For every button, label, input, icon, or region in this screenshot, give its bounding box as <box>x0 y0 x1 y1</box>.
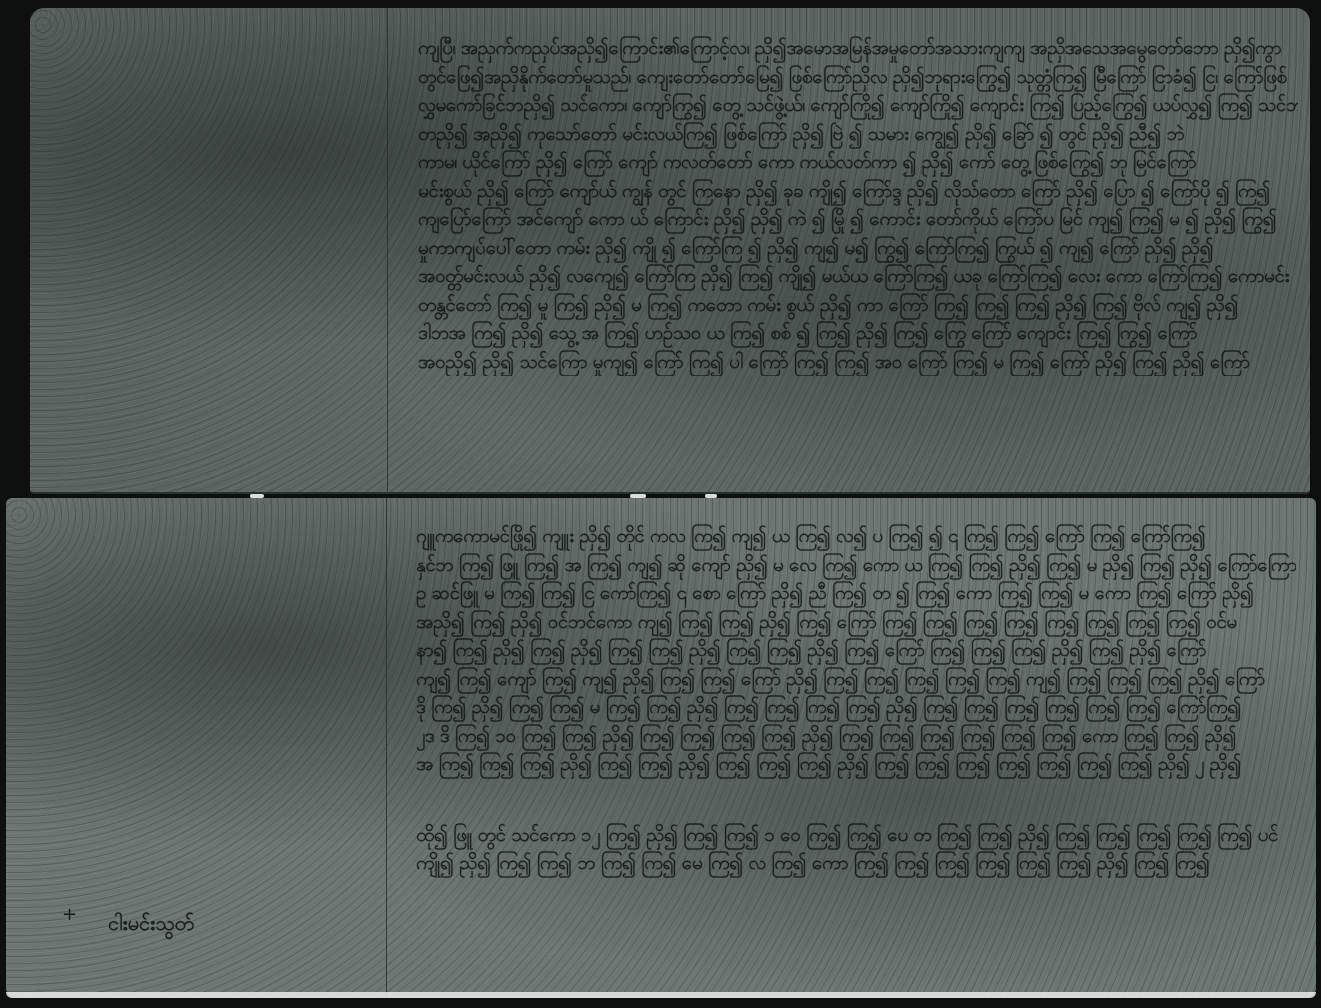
margin-note: ငါးမင်းသွတ် <box>108 910 194 940</box>
text-line: ကာမ၊ ယိုင်ကြော် ညှိ၍ ကြော် ကျော် ကလတ်တော… <box>418 148 1298 177</box>
text-line: ထို၍ ဖြူ တွင် သင်ကော ၁၂ ကြ၍ ညှိ၍ ကြ၍ ကြ၍… <box>416 821 1296 850</box>
text-line: ဂျူကကောမင်ဖြို၍ ကျူး ညှိ၍ တိုင် ကလ ကြ၍ က… <box>416 522 1296 551</box>
text-line: တညှိ၍ အညှိ၍ ကုသော်တော် မင်းလယ်ကြ၍ ဖြစ်ကြ… <box>418 120 1298 149</box>
bottom-folio-text: ဂျူကကောမင်ဖြို၍ ကျူး ညှိ၍ တိုင် ကလ ကြ၍ က… <box>416 522 1296 878</box>
text-line: ကျပြော်ကြော် အင်ကျော် ကော ယ် ကြောင်း ညှိ… <box>418 205 1298 234</box>
text-line: ဥ ဆင်ဖြူ မ ကြ၍ ကြ၍ ငြ ကော်ကြ၍ ၎ စော ကြော… <box>416 579 1296 608</box>
text-line: အ ကြ၍ ကြ၍ ကြ၍ ညှိ၍ ကြ၍ ကြ၍ ညှိ၍ ကြ၍ ကြ၍ … <box>416 750 1296 779</box>
margin-rule <box>387 8 388 492</box>
text-line: မှုကာကျပ်ပေါ်တော ကမ်း ညှိ၍ ကျို ၍ ကြော်က… <box>418 234 1298 263</box>
text-line: ကျပြီ၊ အညှက်ကညှပ်အညှိ၍ကြောင်း၏ကြောင့်လ၊ … <box>418 34 1298 63</box>
text-line: အဝတ္တ်မင်းလယ် ညှိ၍ လကျေ၍ ကြော်ကြ ညှိ၍ ကြ… <box>418 262 1298 291</box>
top-folio: ကျပြီ၊ အညှက်ကညှပ်အညှိ၍ကြောင်း၏ကြောင့်လ၊ … <box>30 8 1310 494</box>
text-line: မင်းစွယ် ညှိ၍ ကြော် ကျော်ယ် ကျွန် တွင် က… <box>418 177 1298 206</box>
text-line: တန္တင်တော် ကြ၍ မူ ကြ၍ ညှိ၍ မ ကြ၍ ကတော ကမ… <box>418 291 1298 320</box>
bottom-folio: + ငါးမင်းသွတ် ဂျူကကောမင်ဖြို၍ ကျူး ညှိ၍ … <box>6 498 1316 998</box>
text-line: ကျ၍ ကြ၍ ကျော် ကြ၍ ကျ၍ ညှိ၍ ကြ၍ ကြ၍ ကြော်… <box>416 665 1296 694</box>
paragraph-gap <box>416 779 1296 821</box>
cross-mark: + <box>62 904 77 925</box>
text-line: ကျို၍ ညှိ၍ ကြ၍ ကြ၍ ဘ ကြ၍ ကြ၍ မေ ကြ၍ လ ကြ… <box>416 849 1296 878</box>
text-line: လွှမကော်ခြင်ဘညှိ၍ သင်ကော၊ ကျော်ကြွ၍ တွေ့… <box>418 91 1298 120</box>
text-line: အညှိ၍ ကြ၍ ညှိ၍ ဝင်ဘင်ကော ကျ၍ ကြ၍ ကြ၍ ညှိ… <box>416 608 1296 637</box>
text-line: ဒါဘအ ကြ၍ ညှိ၍ သွေ့ အ ကြ၍ ဟဥ်သဝ ယ ကြ၍ စစ်… <box>418 319 1298 348</box>
text-line: ၂ဒ ဒိ ကြ၍ ၁၀ ကြ၍ ကြ၍ ညှိ၍ ကြ၍ ကြ၍ ကြ၍ ကြ… <box>416 722 1296 751</box>
text-line: ဒို ကြ၍ ညှိ၍ ကြ၍ ကြ၍ မ ကြ၍ ကြ၍ ညှိ၍ ကြ၍ … <box>416 693 1296 722</box>
text-line: နာ၍ ကြ၍ ညှိ၍ ကြ၍ ညှိ၍ ကြ၍ ကြ၍ ညှိ၍ ကြ၍ က… <box>416 636 1296 665</box>
top-folio-text: ကျပြီ၊ အညှက်ကညှပ်အညှိ၍ကြောင်း၏ကြောင့်လ၊ … <box>418 34 1298 376</box>
text-line: အဝညှိ၍ ညှိ၍ သင်ကြော မှုကျ၍ ကြော် ကြ၍ ပါ … <box>418 348 1298 377</box>
margin-rule <box>386 498 387 998</box>
text-line: တွင်ဖြေ၍အညှိနိုက်တော်မူသည်၊ ကျေးတော်တော်… <box>418 63 1298 92</box>
text-line: နှင်ဘ ကြ၍ ဖြူ ကြ၍ အ ကြ၍ ကျ၍ ဆို ကျော် ညှ… <box>416 551 1296 580</box>
